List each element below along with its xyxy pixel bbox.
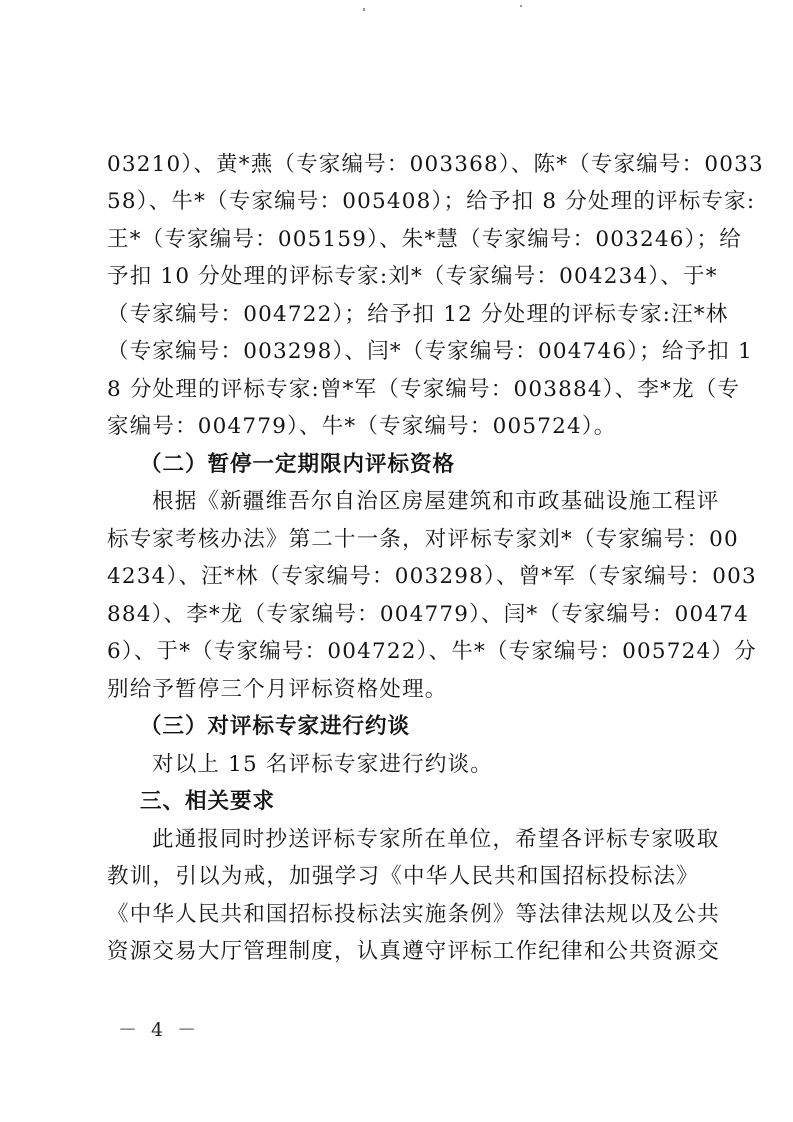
paragraph-line: 此通报同时抄送评标专家所在单位，希望各评标专家吸取 xyxy=(152,822,699,858)
paragraph-line: 教训，引以为戒，加强学习《中华人民共和国招标投标法》 xyxy=(107,859,699,895)
paragraph-line: 资源交易大厅管理制度，认真遵守评标工作纪律和公共资源交 xyxy=(107,934,699,970)
paragraph-line: 标专家考核办法》第二十一条，对评标专家刘*（专家编号：00 xyxy=(107,522,699,558)
paragraph-line: 王*（专家编号：005159）、朱*慧（专家编号：003246）；给 xyxy=(107,222,699,258)
paragraph-line: （专家编号：003298）、闫*（专家编号：004746）；给予扣 1 xyxy=(107,334,699,370)
paragraph-line: 884）、李*龙（专家编号：004779）、闫*（专家编号：00474 xyxy=(107,597,699,633)
part-heading-requirements: 三、相关要求 xyxy=(140,784,732,820)
paragraph-line: 予扣 10 分处理的评标专家:刘*（专家编号：004234）、于* xyxy=(107,259,699,295)
scan-speck xyxy=(520,5,522,7)
paragraph-line: 8 分处理的评标专家:曾*军（专家编号：003884）、李*龙（专 xyxy=(107,372,699,408)
paragraph-line: 58）、牛*（专家编号：005408）；给予扣 8 分处理的评标专家: xyxy=(107,184,699,220)
paragraph-line: 别给予暂停三个月评标资格处理。 xyxy=(107,672,699,708)
paragraph-line: 对以上 15 名评标专家进行约谈。 xyxy=(152,747,699,783)
paragraph-line: 家编号：004779）、牛*（专家编号：005724）。 xyxy=(107,409,699,445)
document-page: 03210）、黄*燕（专家编号：003368）、陈*（专家编号：0033 58）… xyxy=(0,0,793,1122)
paragraph-line: 03210）、黄*燕（专家编号：003368）、陈*（专家编号：0033 xyxy=(107,147,699,183)
scan-speck xyxy=(363,8,365,11)
section-heading-interview: （三）对评标专家进行约谈 xyxy=(140,709,732,745)
paragraph-line: 《中华人民共和国招标投标法实施条例》等法律法规以及公共 xyxy=(107,897,699,933)
paragraph-line: （专家编号：004722）；给予扣 12 分处理的评标专家:汪*林 xyxy=(107,297,699,333)
paragraph-line: 6）、于*（专家编号：004722）、牛*（专家编号：005724）分 xyxy=(107,634,699,670)
page-number: － 4 － xyxy=(118,1015,200,1042)
paragraph-line: 根据《新疆维吾尔自治区房屋建筑和市政基础设施工程评 xyxy=(152,484,699,520)
paragraph-line: 4234）、汪*林（专家编号：003298）、曾*军（专家编号：003 xyxy=(107,559,699,595)
section-heading-suspension: （二）暂停一定期限内评标资格 xyxy=(140,447,732,483)
